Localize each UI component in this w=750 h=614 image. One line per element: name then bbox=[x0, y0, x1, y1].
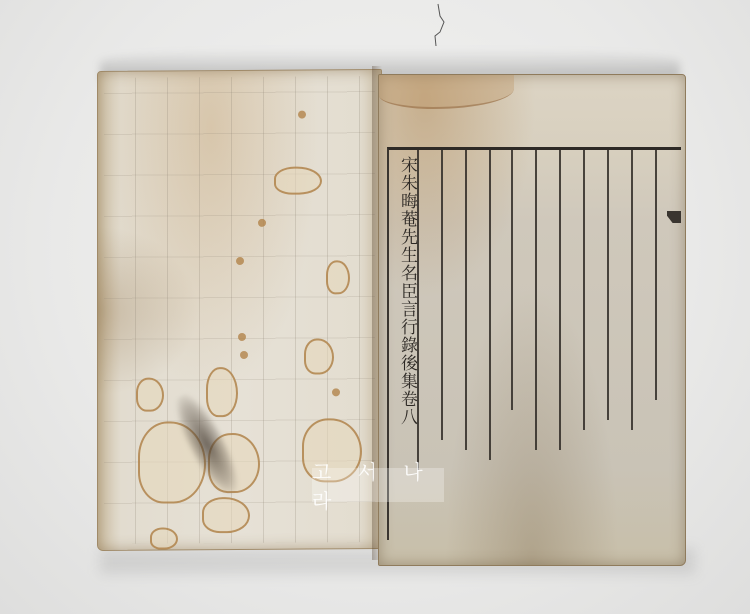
title-column-text: 宋朱晦菴先生名臣言行錄後集卷八 bbox=[397, 156, 417, 426]
column-rule bbox=[465, 150, 467, 450]
column-rule bbox=[607, 150, 609, 420]
stain-drop bbox=[332, 388, 340, 396]
column-rule bbox=[583, 150, 585, 430]
column-rule bbox=[511, 150, 513, 410]
stain-drop bbox=[236, 257, 244, 265]
water-stain bbox=[326, 260, 350, 294]
column-rule bbox=[417, 150, 419, 470]
column-rule bbox=[559, 150, 561, 450]
column-rule bbox=[489, 150, 491, 460]
water-stain bbox=[304, 338, 334, 374]
water-stain bbox=[202, 497, 250, 533]
photo-scene: 宋朱晦菴先生名臣言行錄後集卷八 고 서 나 라 bbox=[0, 0, 750, 614]
stain-drop bbox=[298, 111, 306, 119]
column-rule bbox=[441, 150, 443, 440]
stain-drop bbox=[240, 351, 248, 359]
watermark: 고 서 나 라 bbox=[312, 468, 444, 502]
water-stain bbox=[150, 527, 178, 549]
water-stain bbox=[136, 378, 164, 412]
column-rule bbox=[655, 150, 657, 400]
column-rule bbox=[631, 150, 633, 430]
water-stain bbox=[274, 166, 322, 194]
stain-drop bbox=[238, 333, 246, 341]
stain-drop bbox=[258, 219, 266, 227]
column-rule bbox=[535, 150, 537, 450]
water-stain bbox=[206, 367, 238, 417]
top-water-stain bbox=[379, 75, 514, 109]
hair-strand-icon bbox=[428, 2, 458, 48]
fishtail-mark-icon bbox=[667, 211, 681, 223]
